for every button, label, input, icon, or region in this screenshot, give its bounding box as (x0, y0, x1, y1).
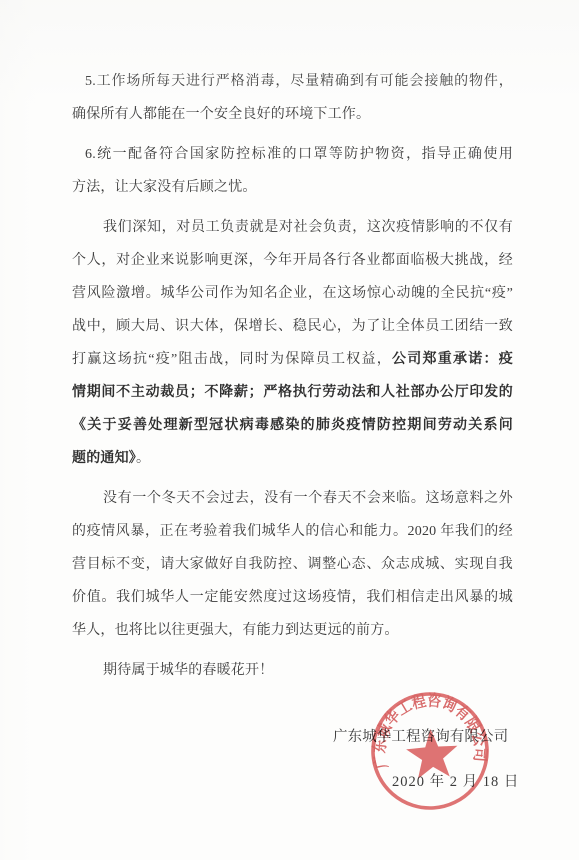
text-segment: 华人，也将比以往更强大，有能力到达更远的前方。 (72, 623, 399, 638)
bold-text-segment: 《关于妥善处理新型冠状病毒感染的肺炎疫情防控期间劳动关系问 (72, 418, 513, 433)
text-line: 没有一个冬天不会过去，没有一个春天不会来临。这场意料之外 (72, 482, 513, 515)
paragraph: 没有一个冬天不会过去，没有一个春天不会来临。这场意料之外的疫情风暴，正在考验着我… (72, 482, 513, 647)
document-body: 5.工作场所每天进行严格消毒，尽量精确到有可能会接触的物件，确保所有人都能在一个… (72, 65, 513, 694)
text-line: 期待属于城华的春暖花开！ (72, 654, 513, 687)
paragraph: 期待属于城华的春暖花开！ (72, 654, 513, 687)
text-line: 打赢这场抗“疫”阻击战，同时为保障员工权益，公司郑重承诺：疫 (72, 343, 513, 376)
text-line: 我们深知，对员工负责就是对社会负责，这次疫情影响的不仅有 (72, 211, 513, 244)
text-line: 华人，也将比以往更强大，有能力到达更远的前方。 (72, 614, 513, 647)
text-line: 5.工作场所每天进行严格消毒，尽量精确到有可能会接触的物件， (72, 65, 513, 98)
bold-text-segment: 情期间不主动裁员；不降薪；严格执行劳动法和人社部办公厅印发的 (72, 385, 513, 400)
text-line: 战中，顾大局、识大体，保增长、稳民心，为了让全体员工团结一致 (72, 310, 513, 343)
seal-star-icon (405, 727, 460, 779)
text-segment: 5.工作场所每天进行严格消毒，尽量精确到有可能会接触的物件， (85, 74, 513, 89)
bold-text-segment: 题的通知》 (72, 451, 136, 466)
text-segment: 我们深知，对员工负责就是对社会负责，这次疫情影响的不仅有 (103, 220, 513, 235)
scanned-letter-page: 5.工作场所每天进行严格消毒，尽量精确到有可能会接触的物件，确保所有人都能在一个… (0, 0, 579, 860)
text-segment: 个人，对企业来说影响更深，今年开局各行各业都面临极大挑战，经 (72, 253, 513, 268)
text-segment: 确保所有人都能在一个安全良好的环境下工作。 (72, 107, 370, 122)
text-segment: 期待属于城华的春暖花开！ (103, 663, 273, 678)
text-line: 题的通知》。 (72, 442, 513, 475)
paragraph: 我们深知，对员工负责就是对社会负责，这次疫情影响的不仅有个人，对企业来说影响更深… (72, 211, 513, 475)
text-line: 营目标不变，请大家做好自我防控、调整心态、众志成城、实现自我 (72, 548, 513, 581)
text-segment: 。 (136, 451, 150, 466)
paragraph: 5.工作场所每天进行严格消毒，尽量精确到有可能会接触的物件，确保所有人都能在一个… (72, 65, 513, 131)
text-segment: 的疫情风暴，正在考验着我们城华人的信心和能力。2020 年我们的经 (72, 524, 513, 539)
text-line: 个人，对企业来说影响更深，今年开局各行各业都面临极大挑战，经 (72, 244, 513, 277)
bold-text-segment: 公司郑重承诺：疫 (392, 352, 513, 367)
text-segment: 方法，让大家没有后顾之忧。 (72, 180, 257, 195)
text-line: 价值。我们城华人一定能安然度过这场疫情，我们相信走出风暴的城 (72, 581, 513, 614)
text-segment: 没有一个冬天不会过去，没有一个春天不会来临。这场意料之外 (103, 491, 513, 506)
text-segment: 战中，顾大局、识大体，保增长、稳民心，为了让全体员工团结一致 (72, 319, 513, 334)
text-line: 确保所有人都能在一个安全良好的环境下工作。 (72, 98, 513, 131)
paragraph: 6.统一配备符合国家防控标准的口罩等防护物资，指导正确使用方法，让大家没有后顾之… (72, 138, 513, 204)
text-line: 方法，让大家没有后顾之忧。 (72, 171, 513, 204)
text-line: 6.统一配备符合国家防控标准的口罩等防护物资，指导正确使用 (72, 138, 513, 171)
text-line: 的疫情风暴，正在考验着我们城华人的信心和能力。2020 年我们的经 (72, 515, 513, 548)
text-segment: 价值。我们城华人一定能安然度过这场疫情，我们相信走出风暴的城 (72, 590, 513, 605)
text-line: 《关于妥善处理新型冠状病毒感染的肺炎疫情防控期间劳动关系问 (72, 409, 513, 442)
text-line: 营风险激增。城华公司作为知名企业，在这场惊心动魄的全民抗“疫” (72, 277, 513, 310)
company-seal: 广东城华工程咨询有限公司 (361, 682, 500, 821)
text-segment: 营风险激增。城华公司作为知名企业，在这场惊心动魄的全民抗“疫” (72, 286, 513, 301)
text-segment: 营目标不变，请大家做好自我防控、调整心态、众志成城、实现自我 (72, 557, 513, 572)
text-segment: 6.统一配备符合国家防控标准的口罩等防护物资，指导正确使用 (85, 147, 513, 162)
text-line: 情期间不主动裁员；不降薪；严格执行劳动法和人社部办公厅印发的 (72, 376, 513, 409)
text-segment: 打赢这场抗“疫”阻击战，同时为保障员工权益， (72, 352, 392, 367)
